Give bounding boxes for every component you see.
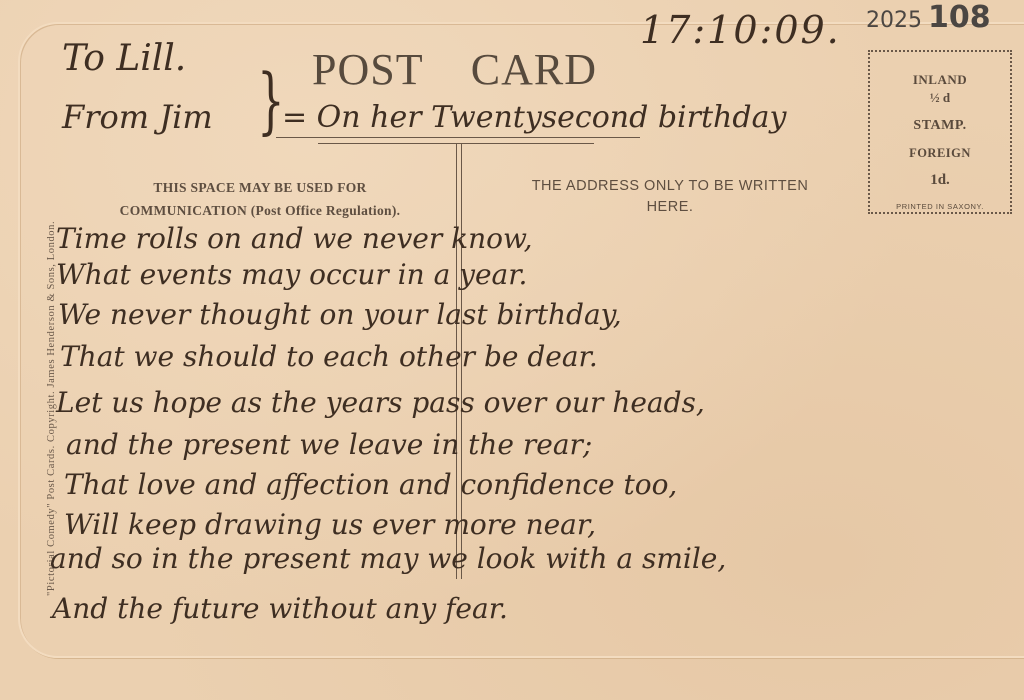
- top-rule: [276, 137, 640, 138]
- brace: }: [257, 58, 284, 142]
- stamp-box: INLAND ½ d STAMP. FOREIGN 1d. PRINTED IN…: [868, 50, 1012, 214]
- archive-number-small: 2025: [866, 8, 922, 33]
- address-label-line1: THE ADDRESS ONLY TO BE WRITTEN: [470, 176, 870, 197]
- handwritten-from: From Jim: [62, 98, 213, 136]
- post-card-title: POST CARD: [312, 44, 597, 95]
- stamp-inland: INLAND: [870, 72, 1010, 88]
- poem-line: and so in the present may we look with a…: [50, 542, 726, 575]
- poem-line: We never thought on your last birthday,: [58, 298, 622, 331]
- communication-label-line1: THIS SPACE MAY BE USED FOR: [70, 176, 450, 199]
- poem-line: That we should to each other be dear.: [60, 340, 598, 373]
- poem-line: Let us hope as the years pass over our h…: [56, 386, 705, 419]
- handwritten-date: 17:10:09.: [640, 8, 841, 52]
- archive-number-large: 108: [928, 0, 991, 35]
- poem-line: Time rolls on and we never know,: [56, 222, 533, 255]
- poem-line: and the present we leave in the rear;: [66, 428, 592, 461]
- poem-line: What events may occur in a year.: [56, 258, 527, 291]
- printed-in-saxony: PRINTED IN SAXONY.: [870, 202, 1010, 211]
- copyright-text: "Pictorial Comedy" Post Cards. Copyright…: [46, 36, 57, 596]
- address-label: THE ADDRESS ONLY TO BE WRITTEN HERE.: [470, 176, 870, 218]
- handwritten-dedication: = On her Twentysecond birthday: [282, 100, 786, 135]
- stamp-label: STAMP.: [870, 118, 1010, 134]
- stamp-foreign: FOREIGN: [870, 146, 1010, 161]
- communication-label-line2: COMMUNICATION (Post Office Regulation).: [70, 199, 450, 222]
- handwritten-to: To Lill.: [62, 38, 186, 79]
- poem-line: Will keep drawing us ever more near,: [64, 508, 596, 541]
- archive-number: 2025108: [866, 0, 991, 35]
- communication-label: THIS SPACE MAY BE USED FOR COMMUNICATION…: [70, 176, 450, 222]
- poem-line: That love and affection and confidence t…: [64, 468, 677, 501]
- postcard-back: 2025108 17:10:09. POST CARD To Lill. Fro…: [0, 0, 1024, 700]
- poem-line: And the future without any fear.: [52, 592, 508, 625]
- address-label-line2: HERE.: [470, 197, 870, 218]
- stamp-foreign-rate: 1d.: [870, 172, 1010, 189]
- stamp-inland-rate: ½ d: [870, 90, 1010, 106]
